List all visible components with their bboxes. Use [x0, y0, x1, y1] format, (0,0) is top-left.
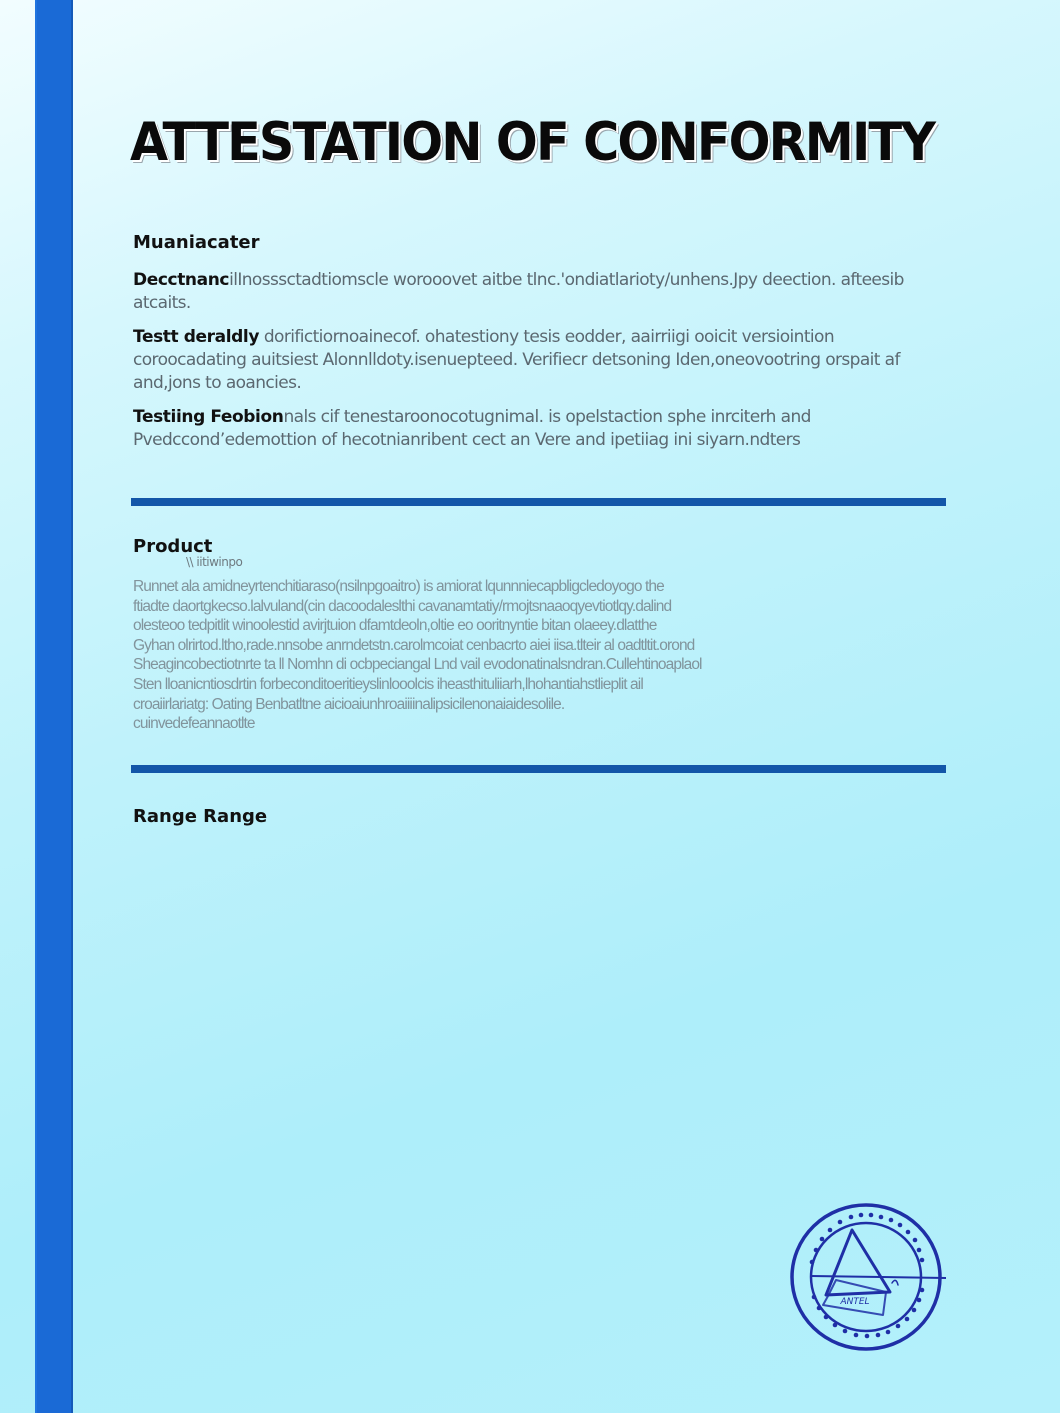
product-sublabel: \\ iitiwinpo — [186, 555, 242, 569]
section-description-lead: Decctnanc — [133, 270, 229, 290]
product-line: Runnet ala amidneyrtenchitiaraso(nsilnpg… — [133, 577, 948, 597]
section-test-detail: Testt deraldly dorifictiornoainecof. oha… — [133, 326, 948, 395]
section-testing-position: Testiing Feobionnals cif tenestaroonocot… — [133, 406, 948, 452]
section-divider-1 — [131, 498, 946, 506]
product-line: Sheagincobectiotnrte ta ll Nomhn di ocbp… — [133, 655, 948, 675]
range-label: Range Range — [133, 806, 267, 827]
section-description-text: ilInosssctadtiomscle worooovet aitbe tln… — [133, 270, 904, 313]
product-line: ftiadte daortgkecso.lalvuland(cin dacood… — [133, 597, 948, 617]
section-test-detail-lead: Testt deraldly — [133, 327, 259, 347]
document-title: ATTESTATION OF CONFORMITY — [130, 112, 902, 173]
svg-text:ANTEL: ANTEL — [839, 1297, 869, 1307]
manufacturer-label: Muaniacater — [133, 232, 260, 253]
left-accent-bar — [35, 0, 73, 1413]
product-line: cuinvedefeannaotlte — [133, 714, 948, 734]
section-divider-2 — [131, 765, 946, 773]
product-line: olesteoo tedpitlit winoolestid avirjtuio… — [133, 616, 948, 636]
product-label: Product — [133, 536, 212, 557]
product-line: croaiirlariatg: Oating Benbatltne aicioa… — [133, 695, 948, 715]
product-line: Sten lloanicntiosdrtin forbeconditoeriti… — [133, 675, 948, 695]
triangle-seal-icon: ANTEL — [788, 1200, 946, 1355]
section-description: DecctnancilInosssctadtiomscle worooovet … — [133, 269, 948, 315]
section-testing-position-lead: Testiing Feobion — [133, 407, 283, 427]
product-line: Gyhan olrirtod.ltho,rade.nnsobe anrndets… — [133, 636, 948, 656]
product-description: Runnet ala amidneyrtenchitiaraso(nsilnpg… — [133, 577, 948, 734]
